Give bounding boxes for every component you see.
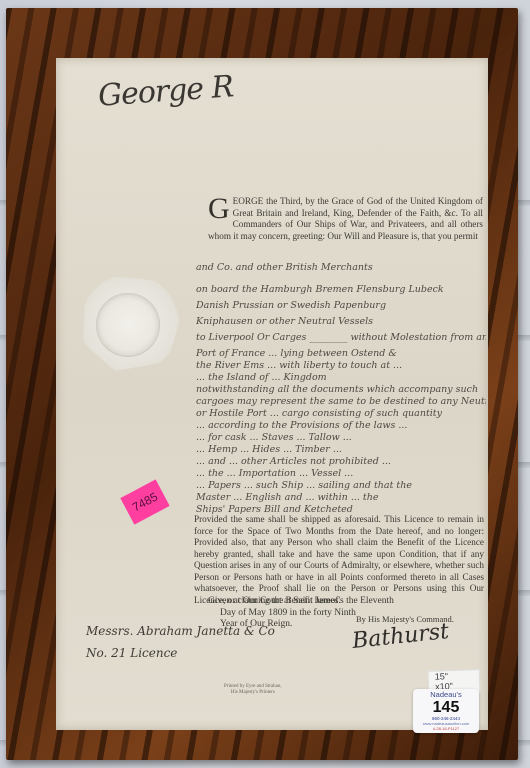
handwritten-line: ... Hemp ... Hides ... Timber ... bbox=[196, 444, 486, 455]
intro-text: EORGE the Third, by the Grace of God of … bbox=[208, 196, 483, 241]
seal-emblem-icon bbox=[96, 293, 160, 357]
handwritten-line: the River Ems ... with liberty to touch … bbox=[196, 360, 486, 371]
document-paper: George R G EORGE the Third, by the Grace… bbox=[56, 58, 488, 730]
handwritten-line: ... the Island of ... Kingdom bbox=[196, 372, 486, 383]
addressee-line-1: Messrs. Abraham Janetta & Co bbox=[86, 620, 275, 642]
auction-house-name: Nadeau's bbox=[413, 691, 479, 699]
handwritten-line: ... Papers ... such Ship ... sailing and… bbox=[196, 480, 486, 491]
handwritten-line: Master ... English and ... within ... th… bbox=[196, 492, 486, 503]
royal-signature: George R bbox=[97, 69, 234, 113]
intro-paragraph: G EORGE the Third, by the Grace of God o… bbox=[208, 196, 483, 242]
handwritten-line: on board the Hamburgh Bremen Flensburg L… bbox=[196, 284, 486, 295]
handwritten-line: ... and ... other Articles not prohibite… bbox=[196, 456, 486, 467]
addressee-line-2: No. 21 Licence bbox=[86, 642, 275, 664]
addressee-notation: Messrs. Abraham Janetta & Co No. 21 Lice… bbox=[86, 620, 275, 664]
printer-imprint: Printed by Eyre and Strahan, His Majesty… bbox=[224, 684, 282, 696]
handwritten-line: ... for cask ... Staves ... Tallow ... bbox=[196, 432, 486, 443]
handwritten-line: notwithstanding all the documents which … bbox=[196, 384, 486, 395]
auction-lot-card: Nadeau's 145 860-246-2444 www.nadeausauc… bbox=[413, 689, 479, 733]
handwritten-line: ... the ... Importation ... Vessel ... bbox=[196, 468, 486, 479]
handwritten-line: and Co. and other British Merchants bbox=[196, 262, 486, 273]
licence-terms: Provided the same shall be shipped as af… bbox=[194, 514, 484, 606]
handwritten-line: or Hostile Port ... cargo consisting of … bbox=[196, 408, 486, 419]
handwritten-line: Kniphausen or other Neutral Vessels bbox=[196, 316, 486, 327]
lot-sale-code: 4-28-18-P1127 bbox=[413, 726, 479, 731]
handwritten-line: Danish Prussian or Swedish Papenburg bbox=[196, 300, 486, 311]
dropcap-letter: G bbox=[208, 196, 230, 222]
handwritten-line: to Liverpool Or Carges ________ without … bbox=[196, 332, 486, 343]
wooden-frame: George R G EORGE the Third, by the Grace… bbox=[6, 8, 518, 760]
handwritten-line: ... according to the Provisions of the l… bbox=[196, 420, 486, 431]
handwritten-line: Port of France ... lying between Ostend … bbox=[196, 348, 486, 359]
handwritten-line: cargoes may represent the same to be des… bbox=[196, 396, 486, 407]
lot-number: 145 bbox=[413, 699, 479, 716]
given-line-1: Given at Our Court at Saint James's the … bbox=[208, 596, 488, 608]
printer-line-2: His Majesty's Printers bbox=[224, 690, 282, 696]
